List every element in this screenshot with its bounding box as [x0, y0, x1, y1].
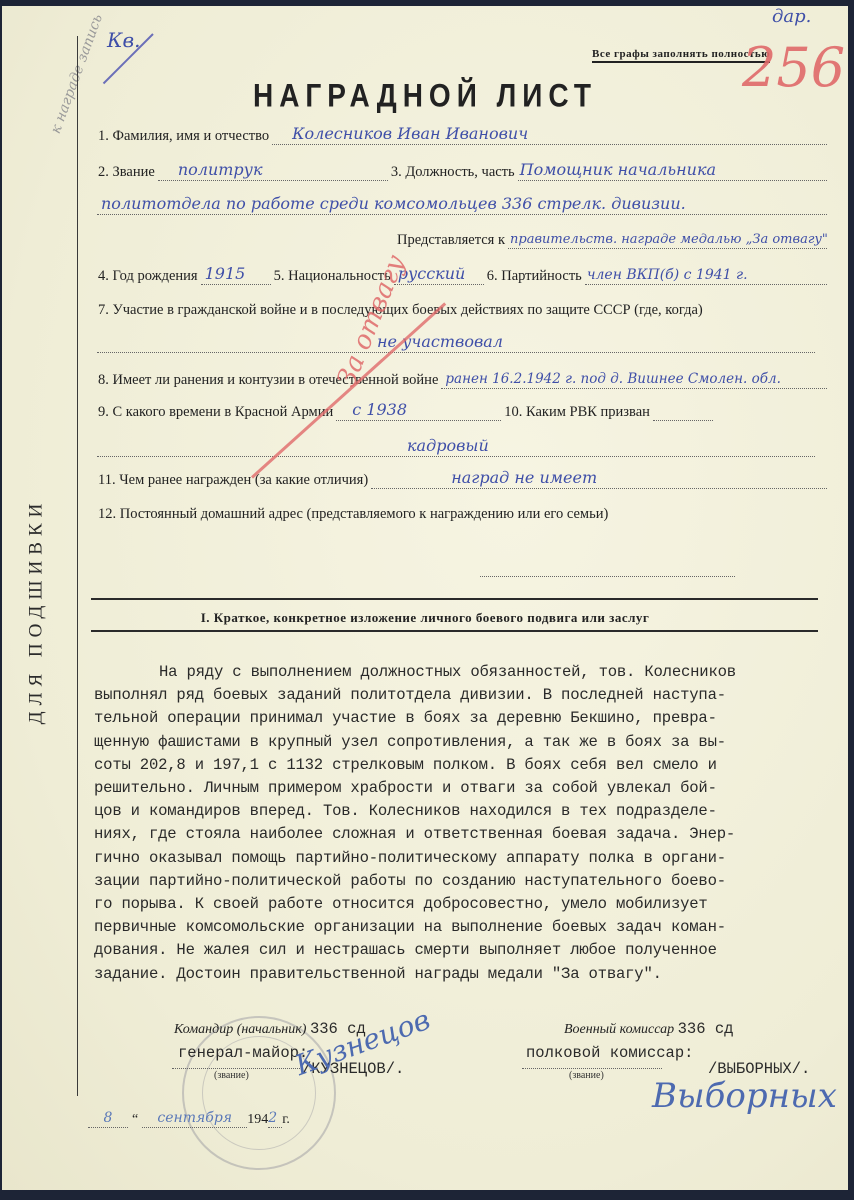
official-stamp	[182, 1016, 336, 1170]
previous-awards-value: наград не имеет	[451, 468, 597, 487]
award-sheet: к награде запись ДЛЯ ПОДШИВКИ Кв. дар. В…	[2, 6, 848, 1190]
merit-line: щенную фашистами в крупный узел сопротив…	[94, 731, 824, 754]
commissar-block: Военный комиссар 336 сд	[564, 1020, 733, 1038]
merit-line: выполнял ряд боевых заданий политотдела …	[94, 684, 824, 707]
date-month: сентября	[157, 1110, 232, 1126]
date-year-unit: г.	[282, 1112, 290, 1128]
position-value-line2: политотдела по работе среди комсомольцев…	[101, 194, 686, 213]
commissar-signature: Выборных	[652, 1076, 837, 1116]
commissar-rank-line	[522, 1068, 662, 1069]
field-full-name: 1. Фамилия, имя и отчество Колесников Ив…	[98, 128, 830, 145]
field-nominated: Представляется к правительств. награде м…	[397, 232, 830, 249]
date-day: 8	[104, 1110, 113, 1126]
date-year-suffix: 2	[268, 1110, 277, 1126]
field-previous-awards: 11. Чем ранее награжден (за какие отличи…	[98, 472, 830, 489]
date-year-prefix: 194	[247, 1112, 268, 1128]
page-title: НАГРАДНОЙ ЛИСТ	[2, 78, 848, 115]
merit-line: го порыва. К своей работе относится добр…	[94, 893, 824, 916]
merit-line: первичные комсомольские организации на в…	[94, 916, 824, 939]
merit-line: цов и командиров вперед. Тов. Колесников…	[94, 800, 824, 823]
merit-line: соты 202,8 и 197,1 с 1132 стрелковым пол…	[94, 754, 824, 777]
commander-rank-line	[172, 1068, 302, 1069]
binding-margin-line	[77, 36, 78, 1096]
merit-description: На ряду с выполнением должностных обязан…	[94, 661, 824, 986]
army-since-value: с 1938	[352, 400, 407, 419]
commissar-rank: полковой комиссар:	[526, 1044, 693, 1062]
field-army-since-rvk: 9. С какого времени в Красной Армии с 19…	[98, 404, 830, 421]
field-position-line2: политотдела по работе среди комсомольцев…	[94, 198, 830, 215]
commander-rank: генерал-майор:	[178, 1044, 308, 1062]
section-divider-top	[91, 598, 818, 600]
merit-line: тельной операции принимал участие в боях…	[94, 707, 824, 730]
section-divider-bottom	[91, 630, 818, 632]
field-civil-war: 7. Участие в гражданской войне и в после…	[98, 302, 830, 319]
field-birth-nationality-party: 4. Год рождения 1915 5. Национальность р…	[98, 268, 830, 285]
position-value: Помощник начальника	[520, 160, 716, 179]
commissar-rank-caption: (звание)	[569, 1070, 604, 1081]
merit-line: задание. Достоин правительственной награ…	[94, 963, 824, 986]
section-title: I. Краткое, конкретное изложение личного…	[2, 610, 848, 626]
field-civil-war-value: не участвовал	[94, 336, 818, 353]
birth-year-value: 1915	[205, 264, 246, 283]
full-name-value: Колесников Иван Иванович	[292, 124, 528, 143]
field-home-address: 12. Постоянный домашний адрес (представл…	[98, 506, 830, 523]
party-value: член ВКП(б) с 1941 г.	[587, 267, 748, 283]
address-dotted-line	[480, 576, 735, 577]
merit-line: ниях, где стояла наиболее сложная и отве…	[94, 823, 824, 846]
merit-line: На ряду с выполнением должностных обязан…	[94, 661, 824, 684]
merit-line: решительно. Личным примером храбрости и …	[94, 777, 824, 800]
rvk-value: кадровый	[407, 436, 489, 455]
field-rank-position: 2. Звание политрук 3. Должность, часть П…	[98, 164, 830, 181]
field-rvk-line2: кадровый	[94, 440, 818, 457]
merit-line: гично оказывал помощь партийно-политичес…	[94, 847, 824, 870]
date-line: 8 “ сентября 194 2 г.	[88, 1110, 290, 1128]
rank-value: политрук	[178, 160, 263, 179]
merit-line: дования. Не жалея сил и нестрашась смерт…	[94, 939, 824, 962]
commander-rank-caption: (звание)	[214, 1070, 249, 1081]
wounds-value: ранен 16.2.1942 г. под д. Вишнее Смолен.…	[445, 371, 781, 387]
merit-line: зации партийно-политической работы по со…	[94, 870, 824, 893]
nominated-value: правительств. награде медалью „За отвагу…	[510, 232, 828, 247]
handwritten-note-top-right: дар.	[772, 6, 811, 27]
field-wounds: 8. Имеет ли ранения и контузии в отечест…	[98, 372, 830, 389]
